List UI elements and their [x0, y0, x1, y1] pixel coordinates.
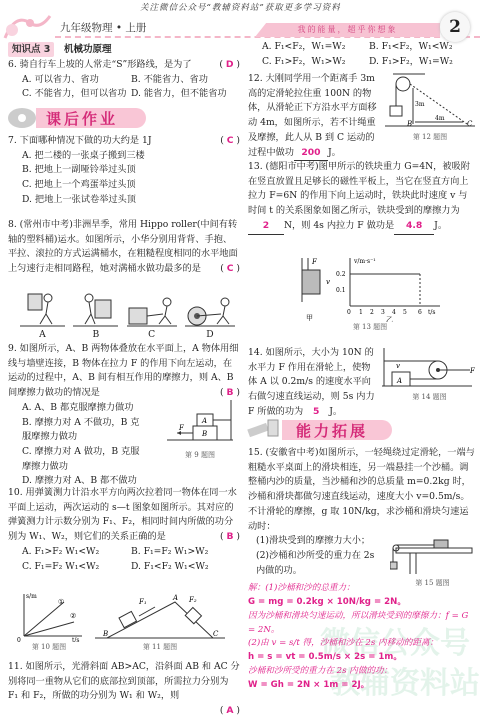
q8-answer: C	[227, 263, 234, 274]
q10-option-a: A. F₁>F₂ W₁<W₂	[22, 545, 131, 560]
svg-text:①: ①	[58, 598, 64, 606]
question-8: 8. (常州市中考)非洲旱季，常用 Hippo roller(中间有转轴的塑料桶…	[8, 218, 240, 277]
q15-stem: 15. (安徽省中考)如图所示，一轻绳绕过定滑轮，一端与粗糙水平桌面上的滑块相连…	[248, 446, 476, 534]
question-7: 7. 下面哪种情况下做的功大约是 1J( C ) A. 把二楼的一张桌子搬到三楼…	[8, 134, 240, 208]
header-slogan: 我的能量，超乎你想象	[255, 23, 440, 37]
svg-text:2: 2	[370, 309, 374, 316]
question-13: 13. (德阳市中考)图甲所示的铁块重力 G=4N，被吸附在竖直放置且足够长的磁…	[248, 160, 476, 235]
flat-pull-icon	[127, 290, 177, 328]
q9-figure: A B F 第 9 题图	[165, 400, 235, 461]
svg-text:A: A	[172, 594, 178, 602]
carry-in-arms-icon	[73, 290, 118, 328]
tools-icon	[246, 416, 282, 442]
svg-text:0: 0	[347, 309, 351, 316]
q11-caption: 第 11 题图	[95, 642, 225, 653]
svg-text:B: B	[102, 630, 108, 638]
q15-solution-line3: 因为沙桶和滑块匀速运动，所以滑块受到的摩擦力：f = G = 2N。	[248, 610, 476, 638]
svg-text:F₁: F₁	[138, 598, 147, 606]
svg-text:C: C	[213, 630, 219, 638]
q10-option-c: C. F₁=F₂ W₁<W₂	[22, 560, 131, 575]
svg-text:v/m·s⁻¹: v/m·s⁻¹	[353, 258, 376, 265]
q10-answer: B	[226, 531, 233, 542]
svg-text:甲: 甲	[306, 314, 313, 322]
q11-answer: A	[226, 705, 233, 716]
q11-options: A. F₁<F₂，W₁=W₂B. F₁<F₂，W₁<W₂ C. F₁>F₂，W₁…	[248, 40, 476, 69]
question-10: 10. 用弹簧测力计沿水平方向两次拉着同一物体在同一水平面上运动，两次运动的 s…	[8, 486, 240, 574]
q15-solution-line2: G = mg = 0.2kg × 10N/kg = 2N。	[248, 596, 476, 610]
q13-caption: 第 13 题图	[290, 322, 450, 333]
q8-figure: A B C D	[20, 290, 235, 343]
q6-answer: D	[226, 59, 234, 70]
q15-solution-line5: h = s = vt = 0.5m/s × 2s = 1m。	[248, 651, 476, 665]
q11-figure: B A C F₁ F₂ 第 11 题图	[95, 590, 225, 653]
q13-stem: 13. (德阳市中考)图甲所示的铁块重力 G=4N，被吸附在竖直放置且足够长的磁…	[248, 161, 470, 216]
section-extension-title: 能力拓展	[296, 419, 368, 443]
q7-option-a: A. 把二楼的一张桌子搬到三楼	[8, 149, 240, 164]
q12-caption: 第 12 题图	[385, 132, 475, 143]
q6-answer-box: ( D )	[219, 58, 240, 73]
q11-option-a: A. F₁<F₂，W₁=W₂	[262, 40, 369, 55]
svg-text:A: A	[201, 417, 207, 425]
section-homework-title: 课后作业	[46, 107, 118, 131]
q11-stem: 11. 如图所示，光滑斜面 AB>AC，沿斜面 AB 和 AC 分别将同一重物从…	[8, 660, 240, 704]
q10-option-d: D. F₁<F₂ W₁<W₂	[131, 560, 240, 575]
q9-caption: 第 9 题图	[165, 450, 235, 461]
svg-text:4m: 4m	[435, 115, 445, 122]
top-banner: 关注微信公众号“教辅资料站”获取更多学习资料	[140, 2, 480, 16]
q13-answer-friction: 2	[248, 219, 284, 235]
q15-solution-line7: W = Gh = 2N × 1m = 2J。	[248, 679, 476, 693]
q14-figure: v A F 第 14 题图	[382, 346, 477, 403]
q12-answer: 200	[294, 146, 328, 162]
q13-answer-work: 4.8	[394, 219, 434, 235]
q15-solution-line6: 沙桶和沙所受的重力在 2s 内做的功：	[248, 665, 476, 679]
q15-figure: 第 15 题图	[390, 538, 475, 589]
q10-stem: 10. 用弹簧测力计沿水平方向两次拉着同一物体在同一水平面上运动，两次运动的 s…	[8, 487, 237, 542]
q11-option-b: B. F₁<F₂，W₁<W₂	[369, 40, 476, 55]
q6-option-d: D. 能省力，但不能省功	[131, 87, 240, 102]
q6-option-b: B. 不能省力、省功	[131, 73, 240, 88]
q7-option-c: C. 把地上一个鸡蛋举过头顶	[8, 178, 240, 193]
q11-option-d: D. F₁>F₂，W₁=W₂	[369, 55, 476, 70]
q14-caption: 第 14 题图	[382, 392, 477, 403]
q7-stem: 7. 下面哪种情况下做的功大约是 1J	[8, 135, 152, 146]
q10-caption: 第 10 题图	[14, 642, 84, 653]
q6-option-c: C. 不能省力，但可以省功	[22, 87, 131, 102]
svg-text:t/s: t/s	[72, 637, 80, 642]
q13-figure: F v v/m·s⁻¹ 0.2 0.1 0 1 2 3 4 5 6 t/s 甲 …	[290, 256, 450, 333]
svg-text:3: 3	[381, 309, 385, 316]
page-number: 2	[440, 12, 470, 42]
svg-text:0.1: 0.1	[336, 287, 346, 294]
q15-caption: 第 15 题图	[390, 578, 475, 589]
svg-text:A: A	[396, 377, 402, 385]
q15-sub-2: (2)沙桶和沙所受的重力在 2s 内做的功。	[248, 549, 386, 578]
knowledge-point-tag: 知识点 3	[8, 42, 54, 57]
q7-option-d: D. 把地上一张试卷举过头顶	[8, 193, 240, 208]
svg-text:v: v	[396, 362, 400, 370]
q7-answer: C	[227, 135, 234, 146]
svg-text:t/s: t/s	[428, 309, 436, 316]
roll-pull-icon	[185, 290, 235, 328]
q6-option-a: A. 可以省力、省功	[22, 73, 131, 88]
carry-on-back-icon	[20, 290, 65, 328]
svg-text:1: 1	[359, 309, 363, 316]
q11-option-c: C. F₁>F₂，W₁>W₂	[262, 55, 369, 70]
svg-text:F₂: F₂	[188, 596, 197, 604]
svg-text:3m: 3m	[415, 101, 425, 108]
q9-stem: 9. 如图所示，A、B 两物体叠放在水平面上，A 物体用细线与墙壁连接，B 物体…	[8, 343, 239, 398]
q12-figure: 3m 4m B C 第 12 题图	[385, 72, 475, 143]
q15-solution-line4: (2)由 v = s/t 得，沙桶和沙在 2s 内移动的距离：	[248, 637, 476, 651]
q10-option-b: B. F₁=F₂ W₁>W₂	[131, 545, 240, 560]
q8-stem: 8. (常州市中考)非洲旱季，常用 Hippo roller(中间有转轴的塑料桶…	[8, 219, 238, 274]
q10-figure: s/m t/s 0 ① ② 第 10 题图	[14, 590, 84, 653]
svg-text:F: F	[178, 424, 185, 432]
q6-stem: 6. 骑自行车上坡的人常走“S”形路线，是为了	[8, 59, 192, 70]
svg-text:0: 0	[17, 637, 21, 642]
question-6: 6. 骑自行车上坡的人常走“S”形路线，是为了( D ) A. 可以省力、省功B…	[8, 58, 240, 102]
svg-text:s/m: s/m	[26, 593, 37, 600]
q9-answer: B	[226, 387, 233, 398]
svg-text:F: F	[469, 367, 476, 375]
svg-text:②: ②	[70, 612, 76, 620]
q7-option-b: B. 把地上一副哑铃举过头顶	[8, 163, 240, 178]
knowledge-point-title: 机械功原理	[64, 42, 112, 57]
svg-text:F: F	[311, 258, 318, 266]
svg-text:B: B	[201, 430, 207, 438]
svg-text:C: C	[467, 120, 473, 128]
book-title: 九年级物理 • 上册	[60, 20, 146, 37]
q9-option-b: B. 摩擦力对 A 不做功，B 克服摩擦力做功	[8, 416, 147, 445]
svg-text:0.2: 0.2	[336, 271, 346, 278]
question-11: 11. 如图所示，光滑斜面 AB>AC，沿斜面 AB 和 AC 分别将同一重物从…	[8, 660, 240, 719]
svg-text:v: v	[326, 278, 330, 286]
svg-text:B: B	[406, 120, 412, 128]
svg-text:4: 4	[392, 309, 396, 316]
svg-text:5: 5	[403, 309, 407, 316]
flower-icon	[4, 104, 40, 132]
q15-sub-1: (1)滑块受到的摩擦力大小；	[248, 534, 386, 549]
q9-option-c: C. 摩擦力对 A 做功，B 克服摩擦力做功	[8, 445, 147, 474]
svg-text:6: 6	[418, 309, 422, 316]
